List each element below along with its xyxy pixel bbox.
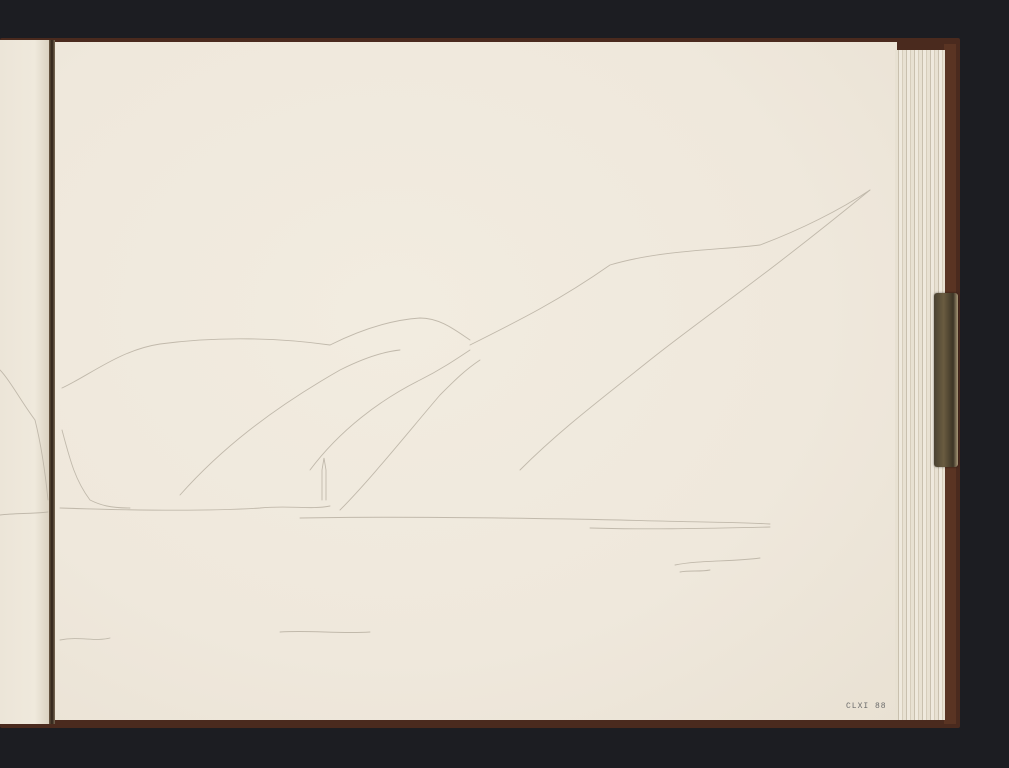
collection-stamp: CLXI 88 <box>846 702 887 711</box>
pencil-sketch <box>0 0 1009 768</box>
